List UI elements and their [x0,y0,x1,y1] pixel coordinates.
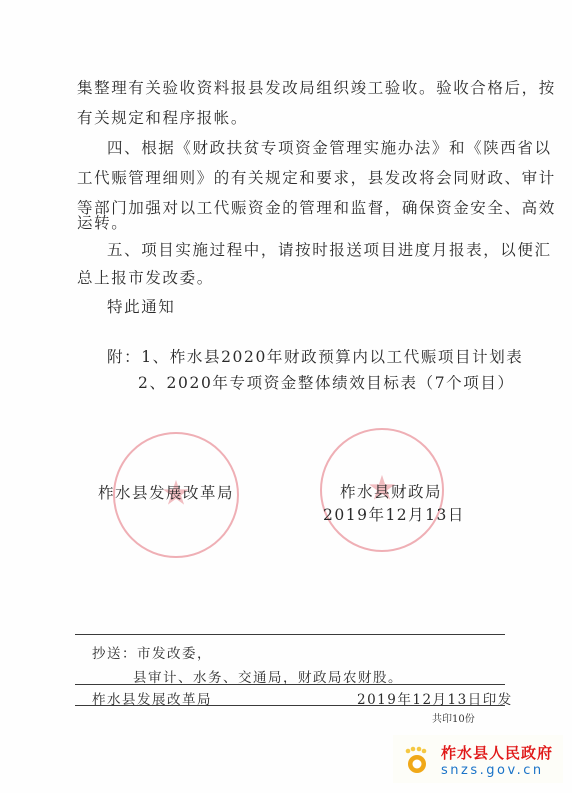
attachments-label: 附： [107,348,141,366]
cc-line-1: 抄送：市发改委， [92,642,212,662]
copies-count: 共印10份 [432,710,475,725]
divider [75,684,505,685]
attachments: 附：1、柞水县2020年财政预算内以工代赈项目计划表 [107,347,523,367]
attachment-item-1: 1、柞水县2020年财政预算内以工代赈项目计划表 [141,348,523,366]
body-line: 五、项目实施过程中，请按时报送项目进度月报表，以便汇 [107,240,552,260]
body-line: 运转。 [77,213,128,233]
body-line: 工代赈管理细则》的有关规定和要求，县发改将会同财政、审计 [77,168,556,188]
cc-label: 抄送： [92,646,137,662]
divider [75,634,505,635]
cc-line-2: 县审计、水务、交通局，财政局农财股。 [133,666,403,686]
attachment-item-2: 2、2020年专项资金整体绩效目标表（7个项目） [138,373,515,393]
body-line: 等部门加强对以工代赈资金的管理和监督，确保资金安全、高效 [77,198,556,218]
paw-logo-icon [404,746,430,774]
divider [75,705,505,706]
signature-right-org: 柞水县财政局 [340,480,442,502]
body-line: 有关规定和程序报帐。 [77,108,248,128]
body-line: 总上报市发改委。 [77,268,214,288]
watermark-url: snzs.gov.cn [441,763,544,778]
signature-date: 2019年12月13日 [323,503,465,525]
watermark-title: 柞水县人民政府 [441,742,553,763]
body-line: 四、根据《财政扶贫专项资金管理实施办法》和《陕西省以 [107,138,552,158]
body-line: 集整理有关验收资料报县发改局组织竣工验收。验收合格后，按 [77,78,556,98]
signature-left-org: 柞水县发展改革局 [98,481,234,503]
closing-text: 特此通知 [107,297,175,317]
